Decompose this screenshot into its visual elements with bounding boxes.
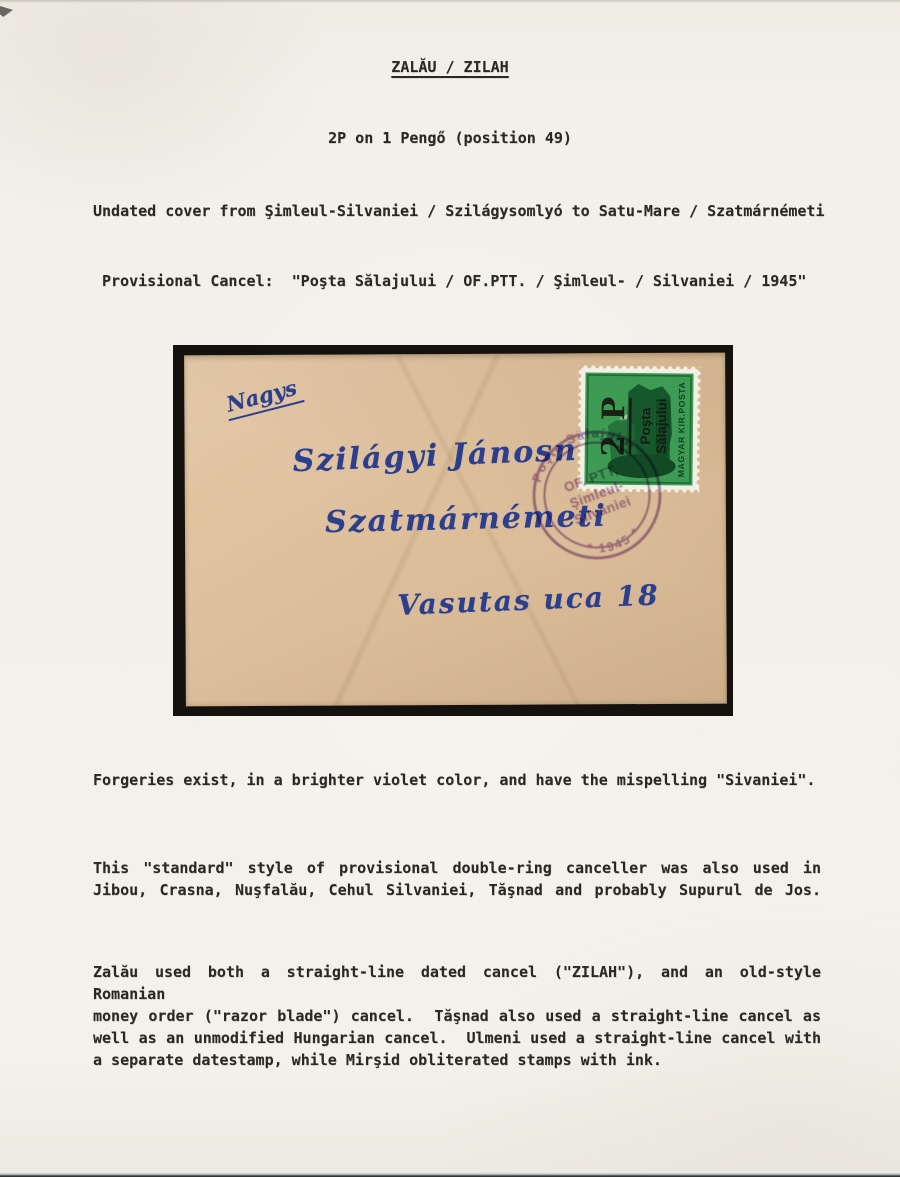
page-subtitle: 2P on 1 Pengő (position 49) xyxy=(18,127,882,149)
address-line-3: Vasutas uca 18 xyxy=(397,578,660,621)
address-line-2: Szatmárnémeti xyxy=(325,499,608,540)
cover-photo: Nagys Szilágyi Jánosné Szatmárnémeti Vas… xyxy=(173,345,733,716)
handwritten-annotation: Nagys xyxy=(222,374,304,421)
stamp-overprint-line2: Sălajului xyxy=(654,398,670,454)
postage-stamp: 1 MAGYAR KIR.POSTA 2 P Poşta Sălajului xyxy=(577,365,700,492)
scan-edge-top xyxy=(0,0,900,3)
scan-speck xyxy=(0,6,13,17)
stamp-overprint-line1: Poşta xyxy=(638,407,653,444)
cancel-description: Provisional Cancel: "Poşta Sălajului / O… xyxy=(102,270,806,292)
paragraph-forgeries: Forgeries exist, in a brighter violet co… xyxy=(93,769,821,791)
page-title: ZALĂU / ZILAH xyxy=(18,56,882,78)
exhibit-page: ZALĂU / ZILAH 2P on 1 Pengő (position 49… xyxy=(0,0,900,1177)
address-line-1: Szilágyi Jánosné xyxy=(292,432,600,479)
origin-description: Undated cover from Şimleul-Silvaniei / S… xyxy=(93,200,825,222)
paragraph-standard-line: This "standard" style of provisional dou… xyxy=(93,857,821,879)
stamp-overprint-value: 2 P xyxy=(596,395,633,457)
paragraph-standard-line: Jibou, Crasna, Nuşfalău, Cehul Silvaniei… xyxy=(93,879,821,901)
paragraph-zalau-line: well as an unmodified Hungarian cancel. … xyxy=(93,1027,821,1049)
paragraph-zalau-line: money order ("razor blade") cancel. Tăşn… xyxy=(93,1005,821,1027)
stamp-country-text: MAGYAR KIR.POSTA xyxy=(676,382,687,478)
paragraph-zalau-line: a separate datestamp, while Mirşid oblit… xyxy=(93,1049,821,1071)
paragraph-zalau-line: Zalău used both a straight-line dated ca… xyxy=(93,961,821,1005)
scan-edge-bottom xyxy=(0,1171,900,1177)
paragraph-standard: This "standard" style of provisional dou… xyxy=(93,857,821,901)
paragraph-zalau: Zalău used both a straight-line dated ca… xyxy=(93,961,821,1071)
